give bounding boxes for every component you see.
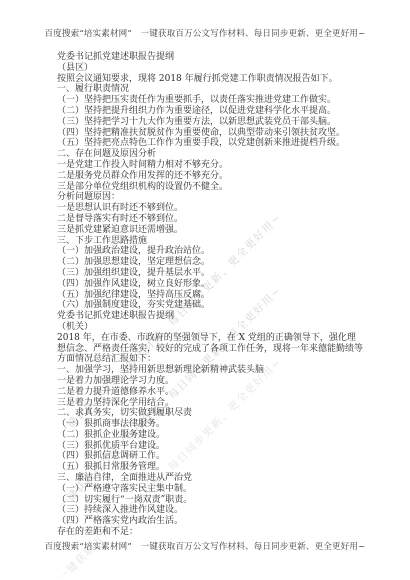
text-line: 存在的差距和不足： bbox=[57, 527, 363, 538]
text-line: （四）狠抓信息调研工作。 bbox=[57, 451, 363, 462]
text-line: 三是着力坚持深化学用结合。 bbox=[57, 398, 363, 409]
text-line: 三是抓党建紧迫意识还需增强。 bbox=[57, 225, 363, 236]
text-line: 一、履行职责情况 bbox=[57, 84, 363, 95]
text-line: （二）狠抓企业服务建设。 bbox=[57, 430, 363, 441]
text-line: 一是思想认识有时还不够到位。 bbox=[57, 203, 363, 214]
text-line: （机关） bbox=[57, 322, 363, 333]
text-line: （五）狠抓日常服务管理。 bbox=[57, 462, 363, 473]
text-line: 按照会议通知要求，现将 2018 年履行抓党建工作职责情况报告如下。 bbox=[57, 74, 363, 85]
document-body: 党委书记抓党建述职报告提纲（县区）按照会议通知要求，现将 2018 年履行抓党建… bbox=[57, 52, 363, 538]
text-line: （一）坚持把压实责任作为重要抓手，以责任落实推进党建工作做实。 bbox=[57, 95, 363, 106]
text-line: 二、求真务实，切实做到履职尽责 bbox=[57, 408, 363, 419]
promo-header-note: 百度搜索“培实素材网” 一键获取百万公文写作材料、每日同步更新、更全更好用~ bbox=[0, 27, 410, 39]
text-line: 一、加强学习，坚持用新思想新理论新精神武装头脑 bbox=[57, 365, 363, 376]
text-line: （三）坚持把学习十九大作为重要方法，以新思想武装党员干部头脑。 bbox=[57, 117, 363, 128]
text-line: 二、存在问题及原因分析 bbox=[57, 149, 363, 160]
text-line: （三）狠抓优质平台建设。 bbox=[57, 441, 363, 452]
text-line: （五）加强纪律建设，坚持高压反腐。 bbox=[57, 290, 363, 301]
text-line: 分析问题原因： bbox=[57, 192, 363, 203]
text-line: 党委书记抓党建述职报告提纲 bbox=[57, 52, 363, 63]
text-line: 二是着力提升道德修养水平。 bbox=[57, 387, 363, 398]
document-page: 一键获取百万公文写作材料、每日同步更新、更全更好用~ 一键获取百万公文写作材料、… bbox=[0, 0, 410, 580]
text-line: （二）切实履行“一岗双责”职责。 bbox=[57, 495, 363, 506]
text-line: （五）坚持把亮点特色工作作为重要手段，以党建创新来推进提档升级。 bbox=[57, 138, 363, 149]
text-line: （四）严格落实党内政治生活。 bbox=[57, 516, 363, 527]
text-line: （四）加强作风建设，树立良好形象。 bbox=[57, 279, 363, 290]
text-line: （三）持续深入推进作风建设。 bbox=[57, 505, 363, 516]
text-line: （一）加强政治建设，提升政治站位。 bbox=[57, 246, 363, 257]
text-line: 一是党建工作投入时间精力相对不够充分。 bbox=[57, 160, 363, 171]
text-line: 三、下步工作思路措施 bbox=[57, 236, 363, 247]
text-line: 一是着力加强理论学习力度。 bbox=[57, 376, 363, 387]
text-line: 二是督导落实有时还不够到位。 bbox=[57, 214, 363, 225]
text-line: （二）坚持把提升组织力作为重要途径，以促进党建科学化水平提高。 bbox=[57, 106, 363, 117]
text-line: 2018 年，在市委、市政府的坚强领导下，在 X 党组的正确领导下，强化理想信念… bbox=[57, 333, 363, 365]
promo-footer-note: 百度搜索“培实素材网” 一键获取百万公文写作材料、每日同步更新、更全更好用~ bbox=[0, 540, 410, 552]
text-line: （四）坚持把精准扶贫脱贫作为重要使命，以典型带动来引领扶贫攻坚。 bbox=[57, 128, 363, 139]
text-line: （县区） bbox=[57, 63, 363, 74]
text-line: 二是服务党员群众作用发挥的还不够充分。 bbox=[57, 171, 363, 182]
text-line: 三、廉洁自律，全面推进从严治党 bbox=[57, 473, 363, 484]
text-line: 党委书记抓党建述职报告提纲 bbox=[57, 311, 363, 322]
text-line: （一）严格遵守落实民主集中制。 bbox=[57, 484, 363, 495]
text-line: （三）加强组织建设，提升基层水平。 bbox=[57, 268, 363, 279]
text-line: （二）加强思想建设，坚定理想信念。 bbox=[57, 257, 363, 268]
text-line: （一）狠抓商事法律服务。 bbox=[57, 419, 363, 430]
text-line: （六）加强制度建设，夯实党建基础。 bbox=[57, 300, 363, 311]
text-line: 三是部分单位党组织机构的设置仍不健全。 bbox=[57, 182, 363, 193]
